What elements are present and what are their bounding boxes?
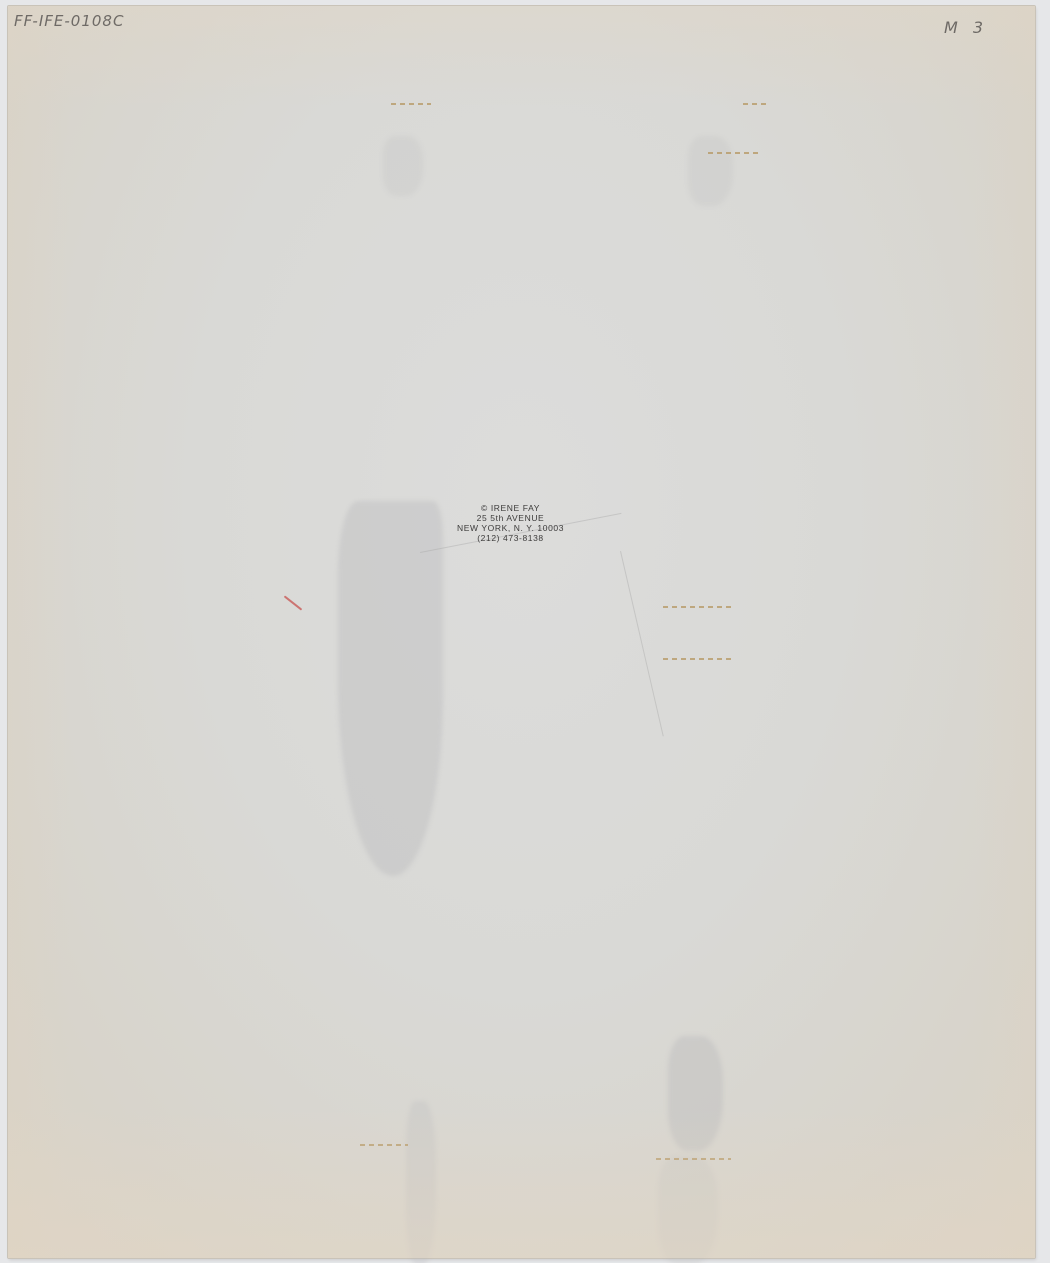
tape-residue-stain: [383, 136, 423, 196]
scan-background: FF-IFE-0108C M 3 © IRENE FAY 25 5th AVEN…: [0, 0, 1050, 1263]
adhesive-residue: [663, 658, 735, 660]
adhesive-residue: [391, 103, 431, 105]
tape-residue-stain: [658, 1156, 718, 1263]
stamp-city-line: NEW YORK, N. Y. 10003: [448, 523, 573, 533]
inventory-number-note: FF-IFE-0108C: [14, 12, 124, 30]
impression-line: [620, 551, 664, 736]
red-ink-mark: [284, 595, 303, 610]
adhesive-residue: [743, 103, 768, 105]
stamp-street-line: 25 5th AVENUE: [448, 513, 573, 523]
copyright-address-stamp: © IRENE FAY 25 5th AVENUE NEW YORK, N. Y…: [448, 503, 573, 543]
stamp-phone-line: (212) 473-8138: [448, 533, 573, 543]
tape-residue-stain: [668, 1036, 723, 1151]
tape-residue-stain: [688, 136, 733, 206]
adhesive-residue: [656, 1158, 731, 1160]
adhesive-residue: [663, 606, 733, 608]
corner-pencil-note: M 3: [944, 18, 988, 37]
adhesive-residue: [708, 152, 762, 154]
stamp-copyright-line: © IRENE FAY: [448, 503, 573, 513]
tape-residue-stain: [406, 1101, 436, 1263]
adhesive-residue: [360, 1144, 408, 1146]
tape-residue-stain: [338, 501, 443, 876]
mount-board-back: [8, 6, 1035, 1258]
